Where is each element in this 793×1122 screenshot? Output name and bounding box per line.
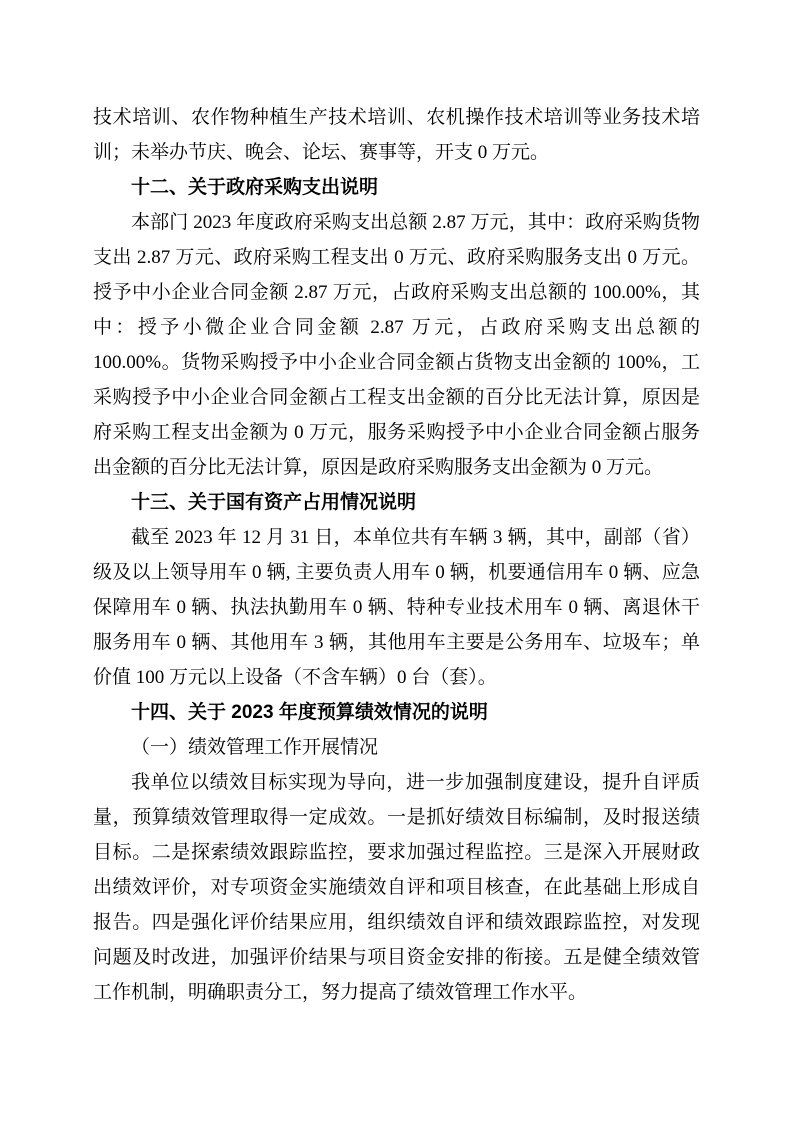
text-line: 采购授予中小企业合同金额占工程支出金额的百分比无法计算，原因是政 [93,380,700,415]
text-line: 府采购工程支出金额为 0 万元，服务采购授予中小企业合同金额占服务支 [93,415,700,450]
text-line: 支出 2.87 万元、政府采购工程支出 0 万元、政府采购服务支出 0 万元。 [93,240,700,275]
text-line: 100.00%。货物采购授予中小企业合同金额占货物支出金额的 100%，工程 [93,345,700,380]
text-line: 十四、关于 2023 年度预算绩效情况的说明 [93,695,700,730]
text-line: 量，预算绩效管理取得一定成效。一是抓好绩效目标编制，及时报送绩效 [93,800,700,835]
text-line: 本部门 2023 年度政府采购支出总额 2.87 万元，其中：政府采购货物 [93,205,700,240]
document-page: 技术培训、农作物种植生产技术培训、农机操作技术培训等业务技术培训；未举办节庆、晚… [93,100,700,1010]
section-heading-13: 十三、关于国有资产占用情况说明 [93,485,700,520]
paragraph-government-procurement: 本部门 2023 年度政府采购支出总额 2.87 万元，其中：政府采购货物支出 … [93,205,700,485]
text-line: （一）绩效管理工作开展情况 [93,730,700,765]
text-line: 价值 100 万元以上设备（不含车辆）0 台（套）。 [93,660,700,695]
text-line: 技术培训、农作物种植生产技术培训、农机操作技术培训等业务技术培 [93,100,700,135]
text-line: 保障用车 0 辆、执法执勤用车 0 辆、特种专业技术用车 0 辆、离退休干部 [93,590,700,625]
text-line: 问题及时改进，加强评价结果与项目资金安排的衔接。五是健全绩效管理 [93,940,700,975]
text-line: 训；未举办节庆、晚会、论坛、赛事等，开支 0 万元。 [93,135,700,170]
text-line: 目标。二是探索绩效跟踪监控，要求加强过程监控。三是深入开展财政支 [93,835,700,870]
text-line: 级及以上领导用车 0 辆, 主要负责人用车 0 辆，机要通信用车 0 辆、应急 [93,555,700,590]
paragraph-state-owned-assets: 截至 2023 年 12 月 31 日，本单位共有车辆 3 辆，其中，副部（省）… [93,520,700,695]
text-line: 我单位以绩效目标实现为导向，进一步加强制度建设，提升自评质 [93,765,700,800]
text-line: 服务用车 0 辆、其他用车 3 辆，其他用车主要是公务用车、垃圾车；单位 [93,625,700,660]
text-line: 中：授予小微企业合同金额 2.87 万元，占政府采购支出总额的 [93,310,700,345]
text-line: 出金额的百分比无法计算，原因是政府采购服务支出金额为 0 万元。 [93,450,700,485]
document-sheet: { "page": { "background": "#ffffff", "te… [0,0,793,1122]
section-heading-12: 十二、关于政府采购支出说明 [93,170,700,205]
text-line: 授予中小企业合同金额 2.87 万元，占政府采购支出总额的 100.00%，其 [93,275,700,310]
subsection-heading-14-1: （一）绩效管理工作开展情况 [93,730,700,765]
text-line: 报告。四是强化评价结果应用，组织绩效自评和绩效跟踪监控，对发现的 [93,905,700,940]
text-line: 截至 2023 年 12 月 31 日，本单位共有车辆 3 辆，其中，副部（省） [93,520,700,555]
paragraph-performance-management: 我单位以绩效目标实现为导向，进一步加强制度建设，提升自评质量，预算绩效管理取得一… [93,765,700,1010]
paragraph-continuation-training-expense: 技术培训、农作物种植生产技术培训、农机操作技术培训等业务技术培训；未举办节庆、晚… [93,100,700,170]
text-line: 出绩效评价，对专项资金实施绩效自评和项目核查，在此基础上形成自评 [93,870,700,905]
section-heading-14: 十四、关于 2023 年度预算绩效情况的说明 [93,695,700,730]
text-line: 工作机制，明确职责分工，努力提高了绩效管理工作水平。 [93,975,700,1010]
text-line: 十二、关于政府采购支出说明 [93,170,700,205]
text-line: 十三、关于国有资产占用情况说明 [93,485,700,520]
